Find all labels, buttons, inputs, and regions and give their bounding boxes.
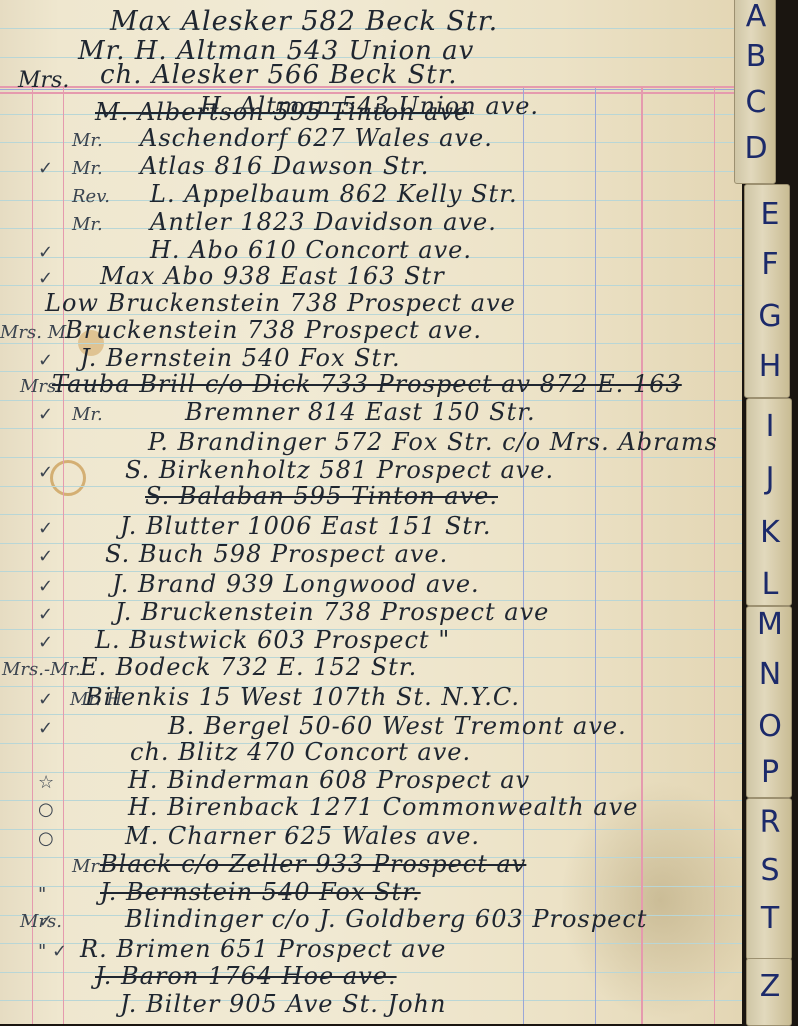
index-tab-b[interactable]: B: [728, 42, 784, 72]
address-entry: J. Blutter 1006 East 151 Str.: [120, 512, 492, 540]
header-entry: Max Alesker 582 Beck Str.: [110, 6, 498, 37]
checkmark-icon: ✓: [38, 268, 53, 289]
index-tab-f[interactable]: F: [742, 250, 798, 280]
address-entry: Aschendorf 627 Wales ave.: [140, 124, 493, 152]
address-entry: Low Bruckenstein 738 Prospect ave: [45, 289, 516, 317]
checkmark-icon: ✓: [38, 158, 53, 179]
checkmark-icon: ✓: [38, 242, 53, 263]
address-entry: Max Abo 938 East 163 Str: [100, 262, 445, 290]
star-mark-icon: ☆: [38, 772, 54, 793]
checkmark-icon: ✓: [38, 718, 53, 739]
alphabet-index-tabs: ABCDEFGHIJKLMNOPRSTZ: [742, 0, 798, 1024]
rust-spot: [50, 460, 86, 496]
entry-prefix: Mrs. M.: [0, 322, 72, 343]
address-entry: L. Appelbaum 862 Kelly Str.: [150, 180, 518, 208]
address-entry: Bruckenstein 738 Prospect ave.: [65, 316, 482, 344]
address-entry: ch. Blitz 470 Concort ave.: [130, 738, 471, 766]
circle-mark-icon: ○: [38, 828, 54, 849]
checkmark-icon: ✓: [38, 604, 53, 625]
entry-prefix: Mr.: [72, 404, 103, 425]
entry-prefix: Rev.: [72, 186, 110, 207]
entry-prefix: Mr.: [72, 130, 103, 151]
checkmark-icon: ✓: [38, 576, 53, 597]
address-entry: M. Charner 625 Wales ave.: [125, 822, 480, 850]
checkmark-icon: ✓: [38, 350, 53, 371]
struck-address-entry: Black c/o Zeller 933 Prospect av: [100, 850, 526, 878]
column-line-blue-2: [595, 88, 596, 1024]
address-entry: E. Bodeck 732 E. 152 Str.: [80, 653, 417, 681]
address-entry: Atlas 816 Dawson Str.: [140, 152, 429, 180]
index-tab-t[interactable]: T: [742, 904, 798, 934]
entry-prefix: Mr.: [72, 856, 103, 877]
column-line-blue: [523, 88, 524, 1024]
index-tab-o[interactable]: O: [742, 712, 798, 742]
checkmark-icon: ✓: [38, 462, 53, 483]
margin-line-left-2: [63, 88, 64, 1024]
checkmark-icon: " ✓: [38, 941, 67, 962]
column-line-red: [641, 88, 643, 1024]
index-tab-j[interactable]: J: [742, 464, 798, 494]
index-tab-a[interactable]: A: [728, 2, 784, 32]
address-entry: J. Bilter 905 Ave St. John: [120, 990, 446, 1018]
index-tab-s[interactable]: S: [742, 856, 798, 886]
circle-mark-icon: ○: [38, 799, 54, 820]
entry-prefix: Mrs.: [18, 68, 69, 93]
entry-prefix: Mr.: [72, 214, 103, 235]
address-entry: S. Birkenholtz 581 Prospect ave.: [125, 456, 554, 484]
index-tab-z[interactable]: Z: [742, 972, 798, 1002]
index-tab-m[interactable]: M: [742, 610, 798, 640]
struck-address-entry: J. Baron 1764 Hoe ave.: [95, 962, 397, 990]
address-entry: H. Binderman 608 Prospect av: [128, 766, 530, 794]
struck-address-entry: S. Balaban 595 Tinton ave.: [145, 482, 498, 510]
address-entry: H. Abo 610 Concort ave.: [150, 236, 472, 264]
address-entry: Antler 1823 Davidson ave.: [150, 208, 497, 236]
checkmark-icon: ✓: [38, 632, 53, 653]
ditto-mark: ": [38, 884, 46, 905]
address-entry: L. Bustwick 603 Prospect ": [95, 626, 450, 654]
address-entry: Bilenkis 15 West 107th St. N.Y.C.: [85, 683, 520, 711]
margin-line-left: [32, 88, 33, 1024]
address-entry: Bremner 814 East 150 Str.: [185, 398, 536, 426]
address-entry: H. Birenback 1271 Commonwealth ave: [128, 793, 638, 821]
index-tab-e[interactable]: E: [742, 200, 798, 230]
checkmark-icon: ✓: [38, 546, 53, 567]
index-tab-k[interactable]: K: [742, 518, 798, 548]
header-entry: ch. Alesker 566 Beck Str.: [100, 60, 458, 90]
column-line-red-2: [714, 88, 715, 1024]
address-entry: J. Bruckenstein 738 Prospect ave: [115, 598, 549, 626]
address-entry: S. Buch 598 Prospect ave.: [105, 540, 448, 568]
index-tab-p[interactable]: P: [742, 758, 798, 788]
index-tab-r[interactable]: R: [742, 808, 798, 838]
struck-address-entry: J. Bernstein 540 Fox Str.: [100, 878, 421, 906]
entry-prefix: Mr.: [72, 158, 103, 179]
address-entry: Blindinger c/o J. Goldberg 603 Prospect: [125, 905, 647, 933]
address-entry: B. Bergel 50-60 West Tremont ave.: [168, 712, 627, 740]
index-tab-g[interactable]: G: [742, 302, 798, 332]
index-tab-d[interactable]: D: [728, 134, 784, 164]
address-entry: J. Brand 939 Longwood ave.: [112, 570, 480, 598]
index-tab-h[interactable]: H: [742, 352, 798, 382]
address-entry: R. Brimen 651 Prospect ave: [80, 935, 446, 963]
entry-prefix: Mrs.: [20, 911, 62, 932]
index-tab-c[interactable]: C: [728, 88, 784, 118]
address-entry: J. Bernstein 540 Fox Str.: [80, 344, 401, 372]
index-tab-n[interactable]: N: [742, 660, 798, 690]
address-entry: P. Brandinger 572 Fox Str. c/o Mrs. Abra…: [148, 428, 718, 456]
struck-address-entry: Tauba Brill c/o Dick 733 Prospect av 872…: [52, 370, 682, 398]
index-tab-i[interactable]: I: [742, 412, 798, 442]
entry-prefix: Mrs.-Mr.: [2, 659, 81, 680]
struck-address-entry: M. Albertson 595 Tinton ave: [95, 98, 469, 126]
checkmark-icon: ✓: [38, 689, 53, 710]
index-tab-l[interactable]: L: [742, 570, 798, 600]
checkmark-icon: ✓: [38, 518, 53, 539]
checkmark-icon: ✓: [38, 404, 53, 425]
ledger-page: Max Alesker 582 Beck Str. Mr. H. Altman …: [0, 0, 742, 1024]
